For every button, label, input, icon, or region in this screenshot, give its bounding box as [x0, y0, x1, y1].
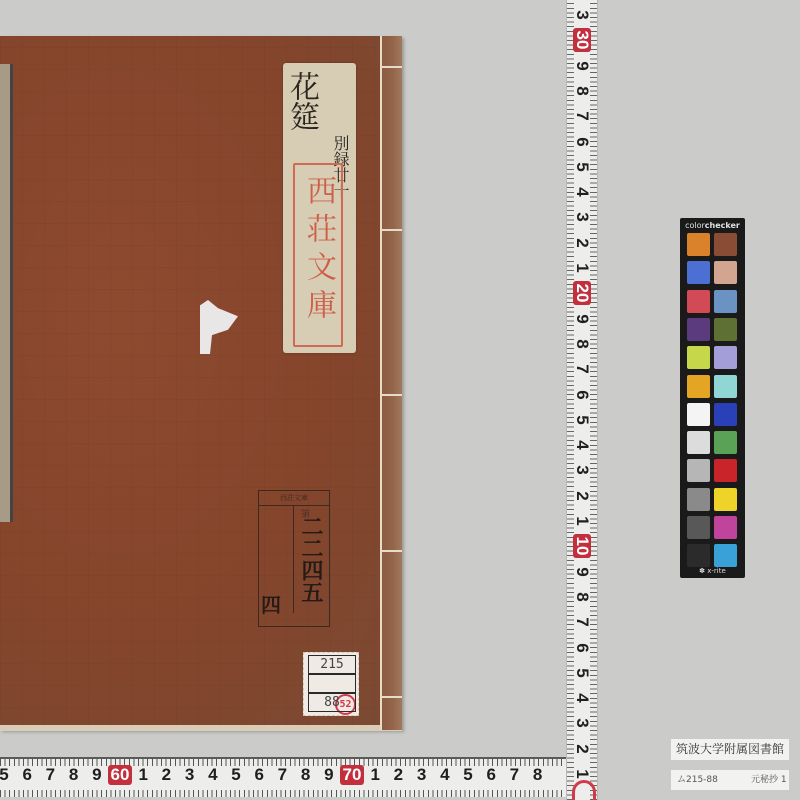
- ruler-zero-mark: [572, 780, 596, 800]
- vertical-ruler: 3309876543212098765432110987654321: [566, 0, 598, 800]
- color-patch: [687, 431, 710, 454]
- color-patch: [687, 544, 710, 567]
- book-page-edge: [0, 725, 402, 731]
- color-patch: [714, 375, 737, 398]
- ruler-label: 4: [573, 183, 591, 201]
- ruler-label: 20: [573, 281, 591, 305]
- color-patch: [687, 516, 710, 539]
- ruler-label: 7: [573, 613, 591, 631]
- title-slip: 花筵 別録廿十 西荘文庫: [283, 63, 356, 353]
- ruler-label: 2: [573, 487, 591, 505]
- color-patch: [687, 375, 710, 398]
- volume-count: 四: [261, 589, 281, 618]
- ruler-label: 4: [573, 436, 591, 454]
- call-row-1: 215: [308, 655, 356, 674]
- binding-stitch: [380, 229, 402, 231]
- ruler-label: 1: [573, 259, 591, 277]
- color-patch: [714, 233, 737, 256]
- ruler-label: 4: [204, 765, 222, 785]
- ruler-label: 3: [573, 461, 591, 479]
- ruler-label: 60: [108, 765, 132, 785]
- ruler-label: 5: [573, 664, 591, 682]
- color-patch: [714, 544, 737, 567]
- ruler-label: 8: [573, 82, 591, 100]
- color-patch: [687, 403, 710, 426]
- ruler-label: 3: [573, 208, 591, 226]
- volume-stamp: 西荘文庫 第 二二四五 四: [258, 490, 330, 627]
- binding-stitch: [380, 550, 402, 552]
- ruler-label: 5: [459, 765, 477, 785]
- color-patch: [714, 346, 737, 369]
- ruler-label: 6: [573, 639, 591, 657]
- binding-stitch: [380, 66, 402, 68]
- ruler-label: 8: [65, 765, 83, 785]
- xrite-logo: ✽ x-rite: [680, 567, 745, 575]
- ruler-label: 7: [573, 107, 591, 125]
- ruler-label: 4: [573, 689, 591, 707]
- binding-stitch: [380, 394, 402, 396]
- color-patch: [714, 318, 737, 341]
- collection-seal: 西荘文庫: [293, 163, 343, 347]
- binding-line: [380, 36, 382, 730]
- ruler-label: 9: [88, 765, 106, 785]
- ruler-label: 9: [573, 57, 591, 75]
- ruler-label: 9: [573, 310, 591, 328]
- seal-text: 西荘文庫: [295, 175, 341, 327]
- book-spine-binding: [380, 36, 402, 730]
- ruler-label: 7: [273, 765, 291, 785]
- ruler-label: 9: [573, 563, 591, 581]
- ruler-label: 1: [134, 765, 152, 785]
- ruler-label: 5: [573, 158, 591, 176]
- ruler-label: 5: [573, 411, 591, 429]
- ruler-label: 2: [573, 740, 591, 758]
- ruler-label: 7: [505, 765, 523, 785]
- ruler-label: 2: [389, 765, 407, 785]
- ruler-label: 3: [573, 6, 591, 24]
- library-collection: 元秘抄 1: [751, 770, 787, 790]
- ruler-label: 8: [573, 335, 591, 353]
- ruler-label: 6: [482, 765, 500, 785]
- color-patch: [714, 290, 737, 313]
- ruler-label: 6: [250, 765, 268, 785]
- color-patch: [687, 346, 710, 369]
- ruler-label: 2: [573, 234, 591, 252]
- ruler-label: 10: [573, 534, 591, 558]
- call-number-label: 215 52 88: [303, 652, 359, 716]
- inner-frame: [0, 64, 13, 522]
- volume-stamp-header: 西荘文庫: [259, 491, 329, 506]
- color-patch: [687, 233, 710, 256]
- color-patch: [714, 431, 737, 454]
- ruler-label: 30: [573, 28, 591, 52]
- ruler-label: 2: [157, 765, 175, 785]
- call-row-3: 88: [308, 693, 356, 712]
- ruler-label: 8: [573, 588, 591, 606]
- color-patch: [687, 318, 710, 341]
- call-row-2: 52: [308, 674, 356, 693]
- ruler-label: 8: [297, 765, 315, 785]
- library-name-label: 筑波大学附属図書館: [671, 739, 789, 760]
- color-patch: [714, 261, 737, 284]
- color-checker-title: colorchecker: [680, 221, 745, 230]
- ruler-label: 5: [0, 765, 13, 785]
- ruler-label: 4: [436, 765, 454, 785]
- volume-number: 二二四五: [293, 505, 328, 613]
- library-call-label: ム215-88 元秘抄 1: [671, 770, 789, 790]
- book-title: 花筵: [289, 71, 319, 131]
- library-call-number: ム215-88: [677, 770, 718, 790]
- ruler-label: 3: [181, 765, 199, 785]
- horizontal-ruler: 56789601234567897012345678: [0, 757, 566, 797]
- color-patch: [687, 261, 710, 284]
- ruler-label: 7: [41, 765, 59, 785]
- ruler-label: 1: [366, 765, 384, 785]
- color-patch: [714, 488, 737, 511]
- color-patch: [714, 403, 737, 426]
- ruler-label: 7: [573, 360, 591, 378]
- binding-stitch: [380, 696, 402, 698]
- ruler-ticks-bottom: [0, 790, 566, 797]
- ruler-label: 9: [320, 765, 338, 785]
- color-patch: [714, 459, 737, 482]
- ruler-label: 6: [573, 386, 591, 404]
- ruler-label: 1: [573, 512, 591, 530]
- color-patch: [687, 488, 710, 511]
- color-patch: [687, 290, 710, 313]
- ruler-label: 8: [529, 765, 547, 785]
- ruler-label: 6: [18, 765, 36, 785]
- color-patch: [714, 516, 737, 539]
- ruler-label: 5: [227, 765, 245, 785]
- color-checker-card: colorchecker ✽ x-rite: [680, 218, 745, 578]
- color-patch: [687, 459, 710, 482]
- ruler-label: 6: [573, 133, 591, 151]
- ruler-label: 3: [413, 765, 431, 785]
- ruler-label: 70: [340, 765, 364, 785]
- ruler-label: 3: [573, 714, 591, 732]
